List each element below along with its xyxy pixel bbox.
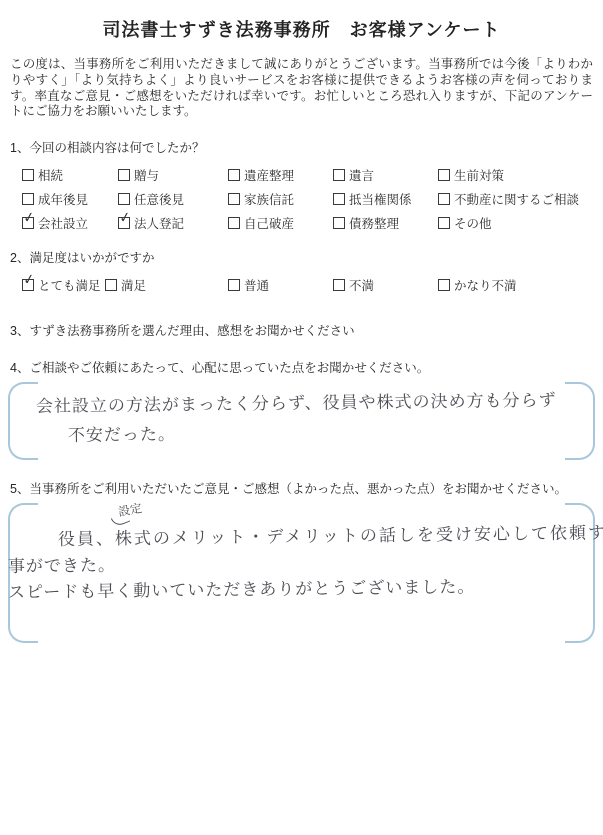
q2-heading: 2、満足度はいかがですか: [10, 248, 603, 266]
page-title: 司法書士すずき法務事務所 お客様アンケート: [0, 0, 603, 42]
q1-option-12[interactable]: 自己破産: [228, 214, 333, 232]
q1-option-9[interactable]: 不動産に関するご相談: [438, 190, 603, 208]
q1-option-11[interactable]: ✓法人登記: [118, 214, 228, 232]
checkbox-label: 会社設立: [38, 217, 88, 231]
q5-heading: 5、当事務所をご利用いただいたご意見・ご感想（よかった点、悪かった点）をお聞かせ…: [10, 479, 603, 497]
q1-heading: 1、今回の相談内容は何でしたか？: [10, 138, 603, 156]
checkbox-icon: [105, 279, 117, 291]
checkbox-icon: [438, 193, 450, 205]
q1-option-3[interactable]: 遺言: [333, 166, 438, 184]
checkbox-icon: ✓: [118, 217, 130, 229]
checkbox-label: 法人登記: [134, 217, 184, 231]
q1-option-6[interactable]: 任意後見: [118, 190, 228, 208]
checkbox-label: 成年後見: [38, 193, 88, 207]
q2-option-4[interactable]: かなり不満: [438, 276, 603, 294]
checkbox-label: 不動産に関するご相談: [454, 193, 579, 207]
checkbox-icon: ✓: [22, 279, 34, 291]
checkbox-icon: [228, 169, 240, 181]
checkbox-label: 満足: [121, 279, 146, 293]
checkbox-icon: [333, 193, 345, 205]
q1-option-0[interactable]: 相続: [22, 166, 118, 184]
checkbox-label: 生前対策: [454, 169, 504, 183]
q2-option-3[interactable]: 不満: [333, 276, 438, 294]
checkbox-icon: [333, 217, 345, 229]
checkbox-icon: [22, 193, 34, 205]
checkbox-icon: [228, 279, 240, 291]
checkbox-icon: [118, 169, 130, 181]
checkbox-label: 普通: [244, 279, 269, 293]
q1-option-5[interactable]: 成年後見: [22, 190, 118, 208]
q1-option-10[interactable]: ✓会社設立: [22, 214, 118, 232]
checkbox-label: かなり不満: [454, 279, 517, 293]
checkbox-icon: [438, 279, 450, 291]
checkbox-label: 遺産整理: [244, 169, 294, 183]
check-mark-icon: ✓: [22, 271, 36, 287]
checkbox-label: 不満: [349, 279, 374, 293]
check-mark-icon: ✓: [22, 209, 36, 225]
checkbox-label: 相続: [38, 169, 63, 183]
q1-option-14[interactable]: その他: [438, 214, 603, 232]
checkbox-label: 家族信託: [244, 193, 294, 207]
checkbox-label: その他: [454, 217, 492, 231]
q2-option-2[interactable]: 普通: [228, 276, 333, 294]
q5-handwritten-answer: 設定 役員、株式のメリット・デメリットの話しを受け安心して依頼する事ができた。ス…: [8, 503, 595, 606]
q2-option-1[interactable]: 満足: [105, 276, 228, 294]
check-mark-icon: ✓: [118, 209, 132, 225]
checkbox-label: 任意後見: [134, 193, 184, 207]
q1-option-4[interactable]: 生前対策: [438, 166, 603, 184]
q4-answer-area[interactable]: 会社設立の方法がまったく分らず、役員や株式の決め方も分らず不安だった。: [8, 382, 595, 460]
q1-option-8[interactable]: 抵当権関係: [333, 190, 438, 208]
checkbox-icon: [438, 217, 450, 229]
q4-handwritten-answer: 会社設立の方法がまったく分らず、役員や株式の決め方も分らず不安だった。: [8, 382, 595, 449]
checkbox-icon: [22, 169, 34, 181]
q5-answer-area[interactable]: 設定 役員、株式のメリット・デメリットの話しを受け安心して依頼する事ができた。ス…: [8, 503, 595, 643]
q1-option-7[interactable]: 家族信託: [228, 190, 333, 208]
handwritten-line-2: 不安だった。: [68, 416, 595, 449]
checkbox-label: 自己破産: [244, 217, 294, 231]
intro-paragraph: この度は、当事務所をご利用いただきまして誠にありがとうございます。当事務所では今…: [10, 57, 593, 120]
q1-option-13[interactable]: 債務整理: [333, 214, 438, 232]
handwritten-line-1: 会社設立の方法がまったく分らず、役員や株式の決め方も分らず: [36, 387, 595, 420]
checkbox-icon: [333, 169, 345, 181]
q2-options-grid: ✓とても満足満足普通不満かなり不満: [22, 273, 603, 297]
q4-heading: 4、ご相談やご依頼にあたって、心配に思っていた点をお聞かせください。: [10, 358, 603, 376]
checkbox-icon: [333, 279, 345, 291]
checkbox-icon: [118, 193, 130, 205]
q3-heading: 3、すずき法務事務所を選んだ理由、感想をお聞かせください: [10, 321, 603, 339]
q2-option-0[interactable]: ✓とても満足: [22, 276, 105, 294]
checkbox-label: 遺言: [349, 169, 374, 183]
checkbox-label: 贈与: [134, 169, 159, 183]
checkbox-label: 債務整理: [349, 217, 399, 231]
checkbox-icon: [438, 169, 450, 181]
checkbox-icon: ✓: [22, 217, 34, 229]
q1-options-grid: 相続贈与遺産整理遺言生前対策成年後見任意後見家族信託抵当権関係不動産に関するご相…: [22, 163, 603, 235]
q1-option-1[interactable]: 贈与: [118, 166, 228, 184]
checkbox-label: 抵当権関係: [349, 193, 412, 207]
checkbox-icon: [228, 217, 240, 229]
q1-option-2[interactable]: 遺産整理: [228, 166, 333, 184]
checkbox-label: とても満足: [38, 279, 101, 293]
checkbox-icon: [228, 193, 240, 205]
